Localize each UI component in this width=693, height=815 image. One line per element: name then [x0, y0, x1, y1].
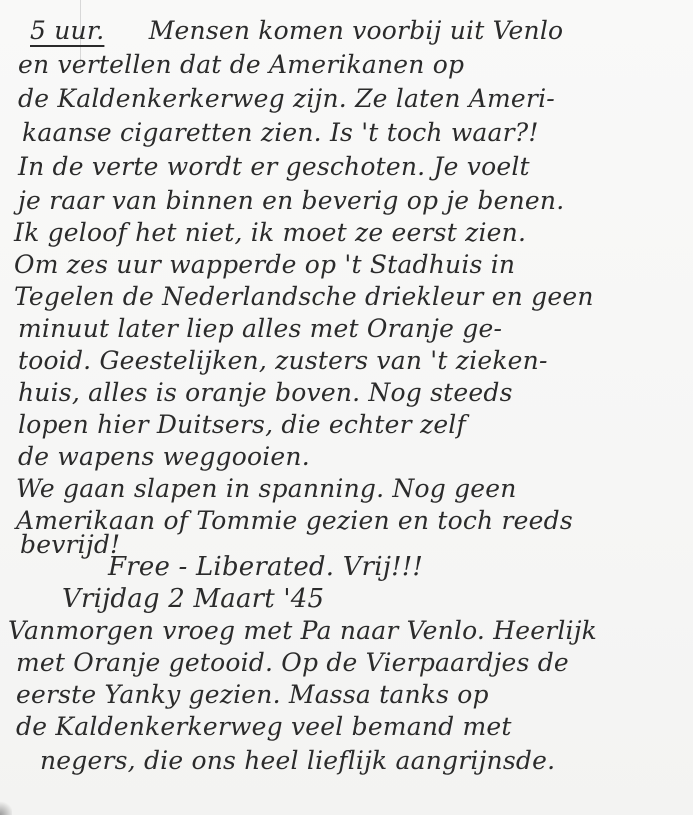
entry-time-label: 5 uur. [30, 16, 104, 45]
diary-page: 5 uur. Mensen komen voorbij uit Venlo en… [0, 0, 693, 815]
diary-line: de wapens weggooien. [18, 442, 310, 471]
diary-line: de Kaldenkerkerweg veel bemand met [16, 712, 512, 741]
paper-corner-shadow [0, 801, 12, 815]
diary-line: huis, alles is oranje boven. Nog steeds [18, 378, 513, 407]
diary-line: en vertellen dat de Amerikanen op [18, 50, 464, 79]
diary-line: negers, die ons heel lieflijk aangrijnsd… [40, 746, 555, 775]
diary-line: lopen hier Duitsers, die echter zelf [18, 410, 466, 439]
diary-line: tooid. Geestelijken, zusters van 't ziek… [18, 346, 548, 375]
diary-line: We gaan slapen in spanning. Nog geen [16, 474, 517, 503]
diary-line: eerste Yanky gezien. Massa tanks op [16, 680, 489, 709]
diary-line-text: Mensen komen voorbij uit Venlo [149, 16, 564, 45]
diary-line: je raar van binnen en beverig op je bene… [18, 186, 564, 215]
liberation-exclamation: Free - Liberated. Vrij!!! [108, 552, 423, 582]
diary-line: de Kaldenkerkerweg zijn. Ze laten Ameri- [18, 84, 555, 113]
entry-date-heading: Vrijdag 2 Maart '45 [62, 584, 324, 614]
diary-line: 5 uur. Mensen komen voorbij uit Venlo [30, 16, 563, 45]
diary-line: Ik geloof het niet, ik moet ze eerst zie… [14, 218, 526, 247]
diary-line: minuut later liep alles met Oranje ge- [18, 314, 502, 343]
diary-line: kaanse cigaretten zien. Is 't toch waar?… [22, 118, 539, 147]
diary-line: In de verte wordt er geschoten. Je voelt [18, 152, 530, 181]
diary-line: Tegelen de Nederlandsche driekleur en ge… [14, 282, 594, 311]
diary-line: bevrijd! [20, 530, 120, 559]
diary-line: Om zes uur wapperde op 't Stadhuis in [14, 250, 515, 279]
diary-line: met Oranje getooid. Op de Vierpaardjes d… [16, 648, 569, 677]
diary-line: Vanmorgen vroeg met Pa naar Venlo. Heerl… [8, 616, 597, 645]
